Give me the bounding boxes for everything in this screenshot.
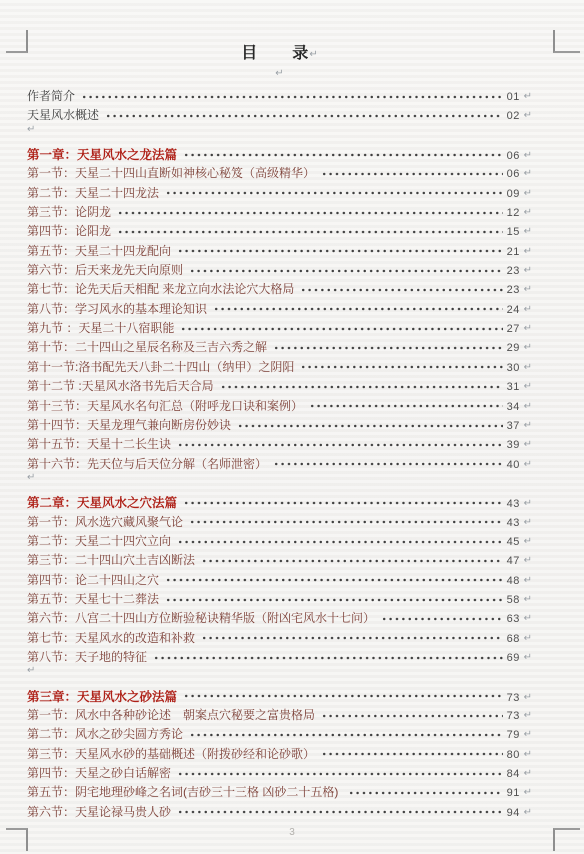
return-mark-icon: ↵ bbox=[27, 666, 35, 676]
toc-entry[interactable]: 第三节：天星风水砂的基础概述（附拨砂经和论砂歌） 80 ↵ bbox=[27, 745, 532, 764]
toc-entry-page: 40 bbox=[507, 459, 524, 471]
dotted-leader bbox=[105, 110, 503, 122]
toc-entry-label: 第三章：天星风水之砂法篇 bbox=[27, 687, 177, 705]
return-mark-icon: ↵ bbox=[275, 69, 283, 79]
dotted-leader bbox=[177, 768, 503, 780]
toc-entry[interactable]: 第八节：天子地的特征 69 ↵ bbox=[27, 648, 532, 667]
dotted-leader bbox=[153, 652, 503, 664]
toc-entry-page: 68 bbox=[507, 633, 524, 645]
toc-entry[interactable]: 第十五节：天星十二长生诀 39 ↵ bbox=[27, 435, 532, 454]
toc-entry-label: 第六节：天星论禄马贵人砂 bbox=[27, 803, 171, 820]
toc-entry-page: 06 bbox=[507, 150, 524, 162]
return-mark-icon: ↵ bbox=[524, 402, 532, 412]
toc-entry-page: 43 bbox=[507, 517, 524, 529]
toc-entry-page: 39 bbox=[507, 439, 524, 451]
toc-entry[interactable]: 第三节：二十四山穴土吉凶断法 47 ↵ bbox=[27, 551, 532, 570]
toc-entry[interactable]: 第二节：天星二十四穴立向 45 ↵ bbox=[27, 532, 532, 551]
toc-entry-label: 第五节：阴宅地理砂峰之名词(吉砂三十三格 凶砂二十五格) bbox=[27, 783, 342, 800]
return-mark-icon: ↵ bbox=[524, 363, 532, 373]
dotted-leader bbox=[165, 574, 503, 586]
return-mark-icon: ↵ bbox=[524, 499, 532, 509]
toc-entry[interactable]: 第六节：后天来龙先天向原则 23 ↵ bbox=[27, 261, 532, 280]
toc-entry-label: 第十六节：先天位与后天位分解（名师泄密） bbox=[27, 455, 267, 472]
blank-line: ↵ bbox=[27, 474, 532, 493]
return-mark-icon: ↵ bbox=[524, 440, 532, 450]
toc-entry-label: 第八节：学习风水的基本理论知识 bbox=[27, 300, 207, 317]
dotted-leader bbox=[300, 284, 502, 296]
toc-entry-page: 73 bbox=[507, 710, 524, 722]
return-mark-icon: ↵ bbox=[524, 111, 532, 121]
dotted-leader bbox=[321, 710, 503, 722]
toc-entry-label: 第八节：天子地的特征 bbox=[27, 648, 147, 665]
footer-page-number: 3 bbox=[289, 827, 295, 838]
toc-entry-page: 12 bbox=[507, 207, 524, 219]
toc-entry-label: 第十四节：天星龙理气兼向断房份妙诀 bbox=[27, 416, 231, 433]
dotted-leader bbox=[183, 149, 503, 161]
dotted-leader bbox=[213, 303, 503, 315]
toc-entry-label: 第七节：论先天后天相配 来龙立向水法论穴大格局 bbox=[27, 280, 294, 297]
toc-entry-label: 第四节：论二十四山之穴 bbox=[27, 571, 159, 588]
dotted-leader bbox=[237, 420, 503, 432]
toc-entry-label: 天星风水概述 bbox=[27, 106, 99, 123]
toc-entry-label: 第一节：风水选穴藏风聚气论 bbox=[27, 513, 183, 530]
toc-entry-page: 21 bbox=[507, 246, 524, 258]
toc-entry[interactable]: 第一节：天星二十四山直断如神核心秘笈（高级精华） 06 ↵ bbox=[27, 164, 532, 183]
dotted-leader bbox=[201, 555, 503, 567]
dotted-leader bbox=[321, 748, 503, 760]
toc-entry-label: 第三节：二十四山穴土吉凶断法 bbox=[27, 551, 195, 568]
dotted-leader bbox=[183, 497, 503, 509]
document-page: 目 录↵ ↵ 作者简介 01 ↵ 天星风水概述 02 ↵ ↵ 第一章：天星风水之… bbox=[0, 0, 584, 854]
toc-entry-page: 23 bbox=[507, 284, 524, 296]
dotted-leader bbox=[177, 245, 503, 257]
toc-entry-page: 80 bbox=[507, 749, 524, 761]
dotted-leader bbox=[189, 729, 503, 741]
dotted-leader bbox=[273, 458, 503, 470]
return-mark-icon: ↵ bbox=[524, 343, 532, 353]
toc-entry-label: 第二章：天星风水之穴法篇 bbox=[27, 493, 177, 511]
toc-body: 作者简介 01 ↵ 天星风水概述 02 ↵ ↵ 第一章：天星风水之龙法篇 06 … bbox=[27, 87, 532, 822]
return-mark-icon: ↵ bbox=[27, 473, 35, 483]
dotted-leader bbox=[381, 613, 503, 625]
toc-entry-page: 31 bbox=[507, 381, 524, 393]
return-mark-icon: ↵ bbox=[524, 653, 532, 663]
dotted-leader bbox=[180, 323, 502, 335]
toc-entry-label: 第三节：论阴龙 bbox=[27, 203, 111, 220]
toc-entry-label: 第五节：天星七十二葬法 bbox=[27, 590, 159, 607]
title-block: 目 录↵ ↵ bbox=[27, 44, 532, 80]
toc-entry-page: 23 bbox=[507, 265, 524, 277]
return-mark-icon: ↵ bbox=[524, 285, 532, 295]
toc-entry[interactable]: 第四节：天星之砂白话解密 84 ↵ bbox=[27, 764, 532, 783]
toc-entry[interactable]: 作者简介 01 ↵ bbox=[27, 87, 532, 106]
toc-entry-label: 第二节：天星二十四龙法 bbox=[27, 184, 159, 201]
toc-entry[interactable]: 第十六节：先天位与后天位分解（名师泄密） 40 ↵ bbox=[27, 455, 532, 474]
return-mark-icon: ↵ bbox=[524, 730, 532, 740]
toc-entry-page: 47 bbox=[507, 555, 524, 567]
toc-entry[interactable]: 第八节：学习风水的基本理论知识 24 ↵ bbox=[27, 300, 532, 319]
return-mark-icon: ↵ bbox=[524, 247, 532, 257]
dotted-leader bbox=[81, 91, 503, 103]
dotted-leader bbox=[220, 381, 503, 393]
blank-line: ↵ bbox=[27, 667, 532, 686]
return-mark-icon: ↵ bbox=[524, 169, 532, 179]
toc-entry-page: 27 bbox=[507, 323, 524, 335]
toc-entry[interactable]: 第十节：二十四山之星辰名称及三吉六秀之解 29 ↵ bbox=[27, 338, 532, 357]
dotted-leader bbox=[183, 690, 503, 702]
toc-entry-page: 48 bbox=[507, 575, 524, 587]
toc-entry[interactable]: 第十一节:洛书配先天八卦二十四山（纳甲）之阴阳 30 ↵ bbox=[27, 358, 532, 377]
return-mark-icon: ↵ bbox=[524, 634, 532, 644]
dotted-leader bbox=[117, 207, 503, 219]
toc-entry[interactable]: 第六节：八宫二十四山方位断验秘诀精华版（附凶宅风水十七问） 63 ↵ bbox=[27, 609, 532, 628]
return-mark-icon: ↵ bbox=[524, 711, 532, 721]
return-mark-icon: ↵ bbox=[524, 266, 532, 276]
return-mark-icon: ↵ bbox=[524, 151, 532, 161]
toc-entry-label: 第一节：风水中各种砂论述 朝案点穴秘要之富贵格局 bbox=[27, 706, 315, 723]
toc-entry-page: 63 bbox=[507, 613, 524, 625]
toc-entry-label: 第十二节 :天星风水洛书先后天合局 bbox=[27, 377, 214, 394]
dotted-leader bbox=[117, 226, 503, 238]
return-mark-icon: ↵ bbox=[524, 421, 532, 431]
toc-entry[interactable]: 第十三节：天星风水名句汇总（附呼龙口诀和案例） 34 ↵ bbox=[27, 397, 532, 416]
toc-entry[interactable]: 第五节：阴宅地理砂峰之名词(吉砂三十三格 凶砂二十五格) 91 ↵ bbox=[27, 783, 532, 802]
toc-entry[interactable]: 第十二节 :天星风水洛书先后天合局 31 ↵ bbox=[27, 377, 532, 396]
return-mark-icon: ↵ bbox=[524, 324, 532, 334]
dotted-leader bbox=[189, 516, 503, 528]
toc-entry-page: 43 bbox=[507, 498, 524, 510]
toc-entry[interactable]: 第六节：天星论禄马贵人砂 94 ↵ bbox=[27, 803, 532, 822]
toc-entry[interactable]: 第十四节：天星龙理气兼向断房份妙诀 37 ↵ bbox=[27, 416, 532, 435]
return-mark-icon: ↵ bbox=[524, 518, 532, 528]
return-mark-icon: ↵ bbox=[524, 595, 532, 605]
toc-entry-page: 09 bbox=[507, 188, 524, 200]
dotted-leader bbox=[177, 536, 503, 548]
dotted-leader bbox=[348, 787, 503, 799]
toc-entry[interactable]: 第一节：风水选穴藏风聚气论 43 ↵ bbox=[27, 513, 532, 532]
toc-entry-page: 24 bbox=[507, 304, 524, 316]
toc-entry-label: 第十节：二十四山之星辰名称及三吉六秀之解 bbox=[27, 338, 267, 355]
page-title: 目 录 bbox=[241, 45, 309, 62]
dotted-leader bbox=[309, 400, 503, 412]
toc-entry-page: 79 bbox=[507, 729, 524, 741]
toc-entry[interactable]: 第一章：天星风水之龙法篇 06 ↵ bbox=[27, 145, 532, 164]
return-mark-icon: ↵ bbox=[309, 50, 317, 60]
toc-entry[interactable]: 第七节：天星风水的改造和补救 68 ↵ bbox=[27, 629, 532, 648]
blank-line-under-title: ↵ bbox=[27, 66, 532, 80]
toc-entry-label: 第十五节：天星十二长生诀 bbox=[27, 435, 171, 452]
return-mark-icon: ↵ bbox=[524, 227, 532, 237]
toc-entry-label: 第四节：论阳龙 bbox=[27, 222, 111, 239]
toc-entry[interactable]: 第三章：天星风水之砂法篇 73 ↵ bbox=[27, 687, 532, 706]
dotted-leader bbox=[177, 439, 503, 451]
crop-mark-top-left bbox=[6, 30, 28, 53]
dotted-leader bbox=[321, 168, 503, 180]
toc-entry[interactable]: 第二节：天星二十四龙法 09 ↵ bbox=[27, 184, 532, 203]
return-mark-icon: ↵ bbox=[524, 208, 532, 218]
toc-entry[interactable]: 第二节：风水之砂尖圆方秀论 79 ↵ bbox=[27, 725, 532, 744]
toc-entry-label: 第七节：天星风水的改造和补救 bbox=[27, 629, 195, 646]
toc-entry-label: 第十三节：天星风水名句汇总（附呼龙口诀和案例） bbox=[27, 397, 303, 414]
toc-entry-page: 94 bbox=[507, 807, 524, 819]
return-mark-icon: ↵ bbox=[524, 769, 532, 779]
dotted-leader bbox=[177, 806, 503, 818]
toc-entry-page: 15 bbox=[507, 226, 524, 238]
dotted-leader bbox=[201, 632, 503, 644]
return-mark-icon: ↵ bbox=[27, 125, 35, 135]
toc-entry-page: 84 bbox=[507, 768, 524, 780]
dotted-leader bbox=[300, 361, 502, 373]
toc-entry[interactable]: 第四节：论二十四山之穴 48 ↵ bbox=[27, 571, 532, 590]
toc-entry-page: 58 bbox=[507, 594, 524, 606]
toc-entry-label: 作者简介 bbox=[27, 87, 75, 104]
return-mark-icon: ↵ bbox=[524, 92, 532, 102]
dotted-leader bbox=[165, 187, 503, 199]
return-mark-icon: ↵ bbox=[524, 614, 532, 624]
toc-entry-label: 第一节：天星二十四山直断如神核心秘笈（高级精华） bbox=[27, 164, 315, 181]
return-mark-icon: ↵ bbox=[524, 537, 532, 547]
toc-entry[interactable]: 第四节：论阳龙 15 ↵ bbox=[27, 222, 532, 241]
return-mark-icon: ↵ bbox=[524, 693, 532, 703]
toc-entry-label: 第五节：天星二十四龙配向 bbox=[27, 242, 171, 259]
return-mark-icon: ↵ bbox=[524, 808, 532, 818]
toc-entry-page: 37 bbox=[507, 420, 524, 432]
return-mark-icon: ↵ bbox=[524, 382, 532, 392]
toc-entry-label: 第一章：天星风水之龙法篇 bbox=[27, 145, 177, 163]
toc-entry-label: 第二节：天星二十四穴立向 bbox=[27, 532, 171, 549]
return-mark-icon: ↵ bbox=[524, 460, 532, 470]
dotted-leader bbox=[165, 594, 503, 606]
return-mark-icon: ↵ bbox=[524, 189, 532, 199]
toc-entry-page: 02 bbox=[507, 110, 524, 122]
toc-entry-label: 第二节：风水之砂尖圆方秀论 bbox=[27, 725, 183, 742]
toc-entry[interactable]: 第九节 ：天星二十八宿职能 27 ↵ bbox=[27, 319, 532, 338]
return-mark-icon: ↵ bbox=[524, 576, 532, 586]
toc-entry[interactable]: 第七节：论先天后天相配 来龙立向水法论穴大格局 23 ↵ bbox=[27, 280, 532, 299]
toc-entry[interactable]: 第五节：天星七十二葬法 58 ↵ bbox=[27, 590, 532, 609]
toc-entry-label: 第六节：八宫二十四山方位断验秘诀精华版（附凶宅风水十七问） bbox=[27, 609, 375, 626]
title-row[interactable]: 目 录↵ bbox=[27, 44, 532, 64]
toc-entry[interactable]: 第一节：风水中各种砂论述 朝案点穴秘要之富贵格局 73 ↵ bbox=[27, 706, 532, 725]
toc-entry[interactable]: 天星风水概述 02 ↵ bbox=[27, 106, 532, 125]
toc-entry-page: 29 bbox=[507, 342, 524, 354]
toc-entry-page: 91 bbox=[507, 787, 524, 799]
dotted-leader bbox=[273, 342, 503, 354]
toc-entry-label: 第六节：后天来龙先天向原则 bbox=[27, 261, 183, 278]
toc-entry[interactable]: 第三节：论阴龙 12 ↵ bbox=[27, 203, 532, 222]
toc-entry-label: 第三节：天星风水砂的基础概述（附拨砂经和论砂歌） bbox=[27, 745, 315, 762]
toc-entry[interactable]: 第五节：天星二十四龙配向 21 ↵ bbox=[27, 242, 532, 261]
toc-entry[interactable]: 第二章：天星风水之穴法篇 43 ↵ bbox=[27, 493, 532, 512]
toc-entry-page: 06 bbox=[507, 168, 524, 180]
crop-mark-top-right bbox=[553, 30, 580, 53]
toc-entry-label: 第九节 ：天星二十八宿职能 bbox=[27, 319, 174, 336]
blank-line: ↵ bbox=[27, 126, 532, 145]
toc-entry-page: 34 bbox=[507, 401, 524, 413]
toc-entry-page: 69 bbox=[507, 652, 524, 664]
dotted-leader bbox=[189, 265, 503, 277]
toc-entry-label: 第十一节:洛书配先天八卦二十四山（纳甲）之阴阳 bbox=[27, 358, 294, 375]
return-mark-icon: ↵ bbox=[524, 750, 532, 760]
toc-entry-page: 73 bbox=[507, 692, 524, 704]
toc-entry-page: 30 bbox=[507, 362, 524, 374]
return-mark-icon: ↵ bbox=[524, 556, 532, 566]
return-mark-icon: ↵ bbox=[524, 305, 532, 315]
page-footer: 3 bbox=[0, 822, 584, 840]
toc-entry-page: 45 bbox=[507, 536, 524, 548]
return-mark-icon: ↵ bbox=[524, 788, 532, 798]
toc-entry-label: 第四节：天星之砂白话解密 bbox=[27, 764, 171, 781]
toc-entry-page: 01 bbox=[507, 91, 524, 103]
